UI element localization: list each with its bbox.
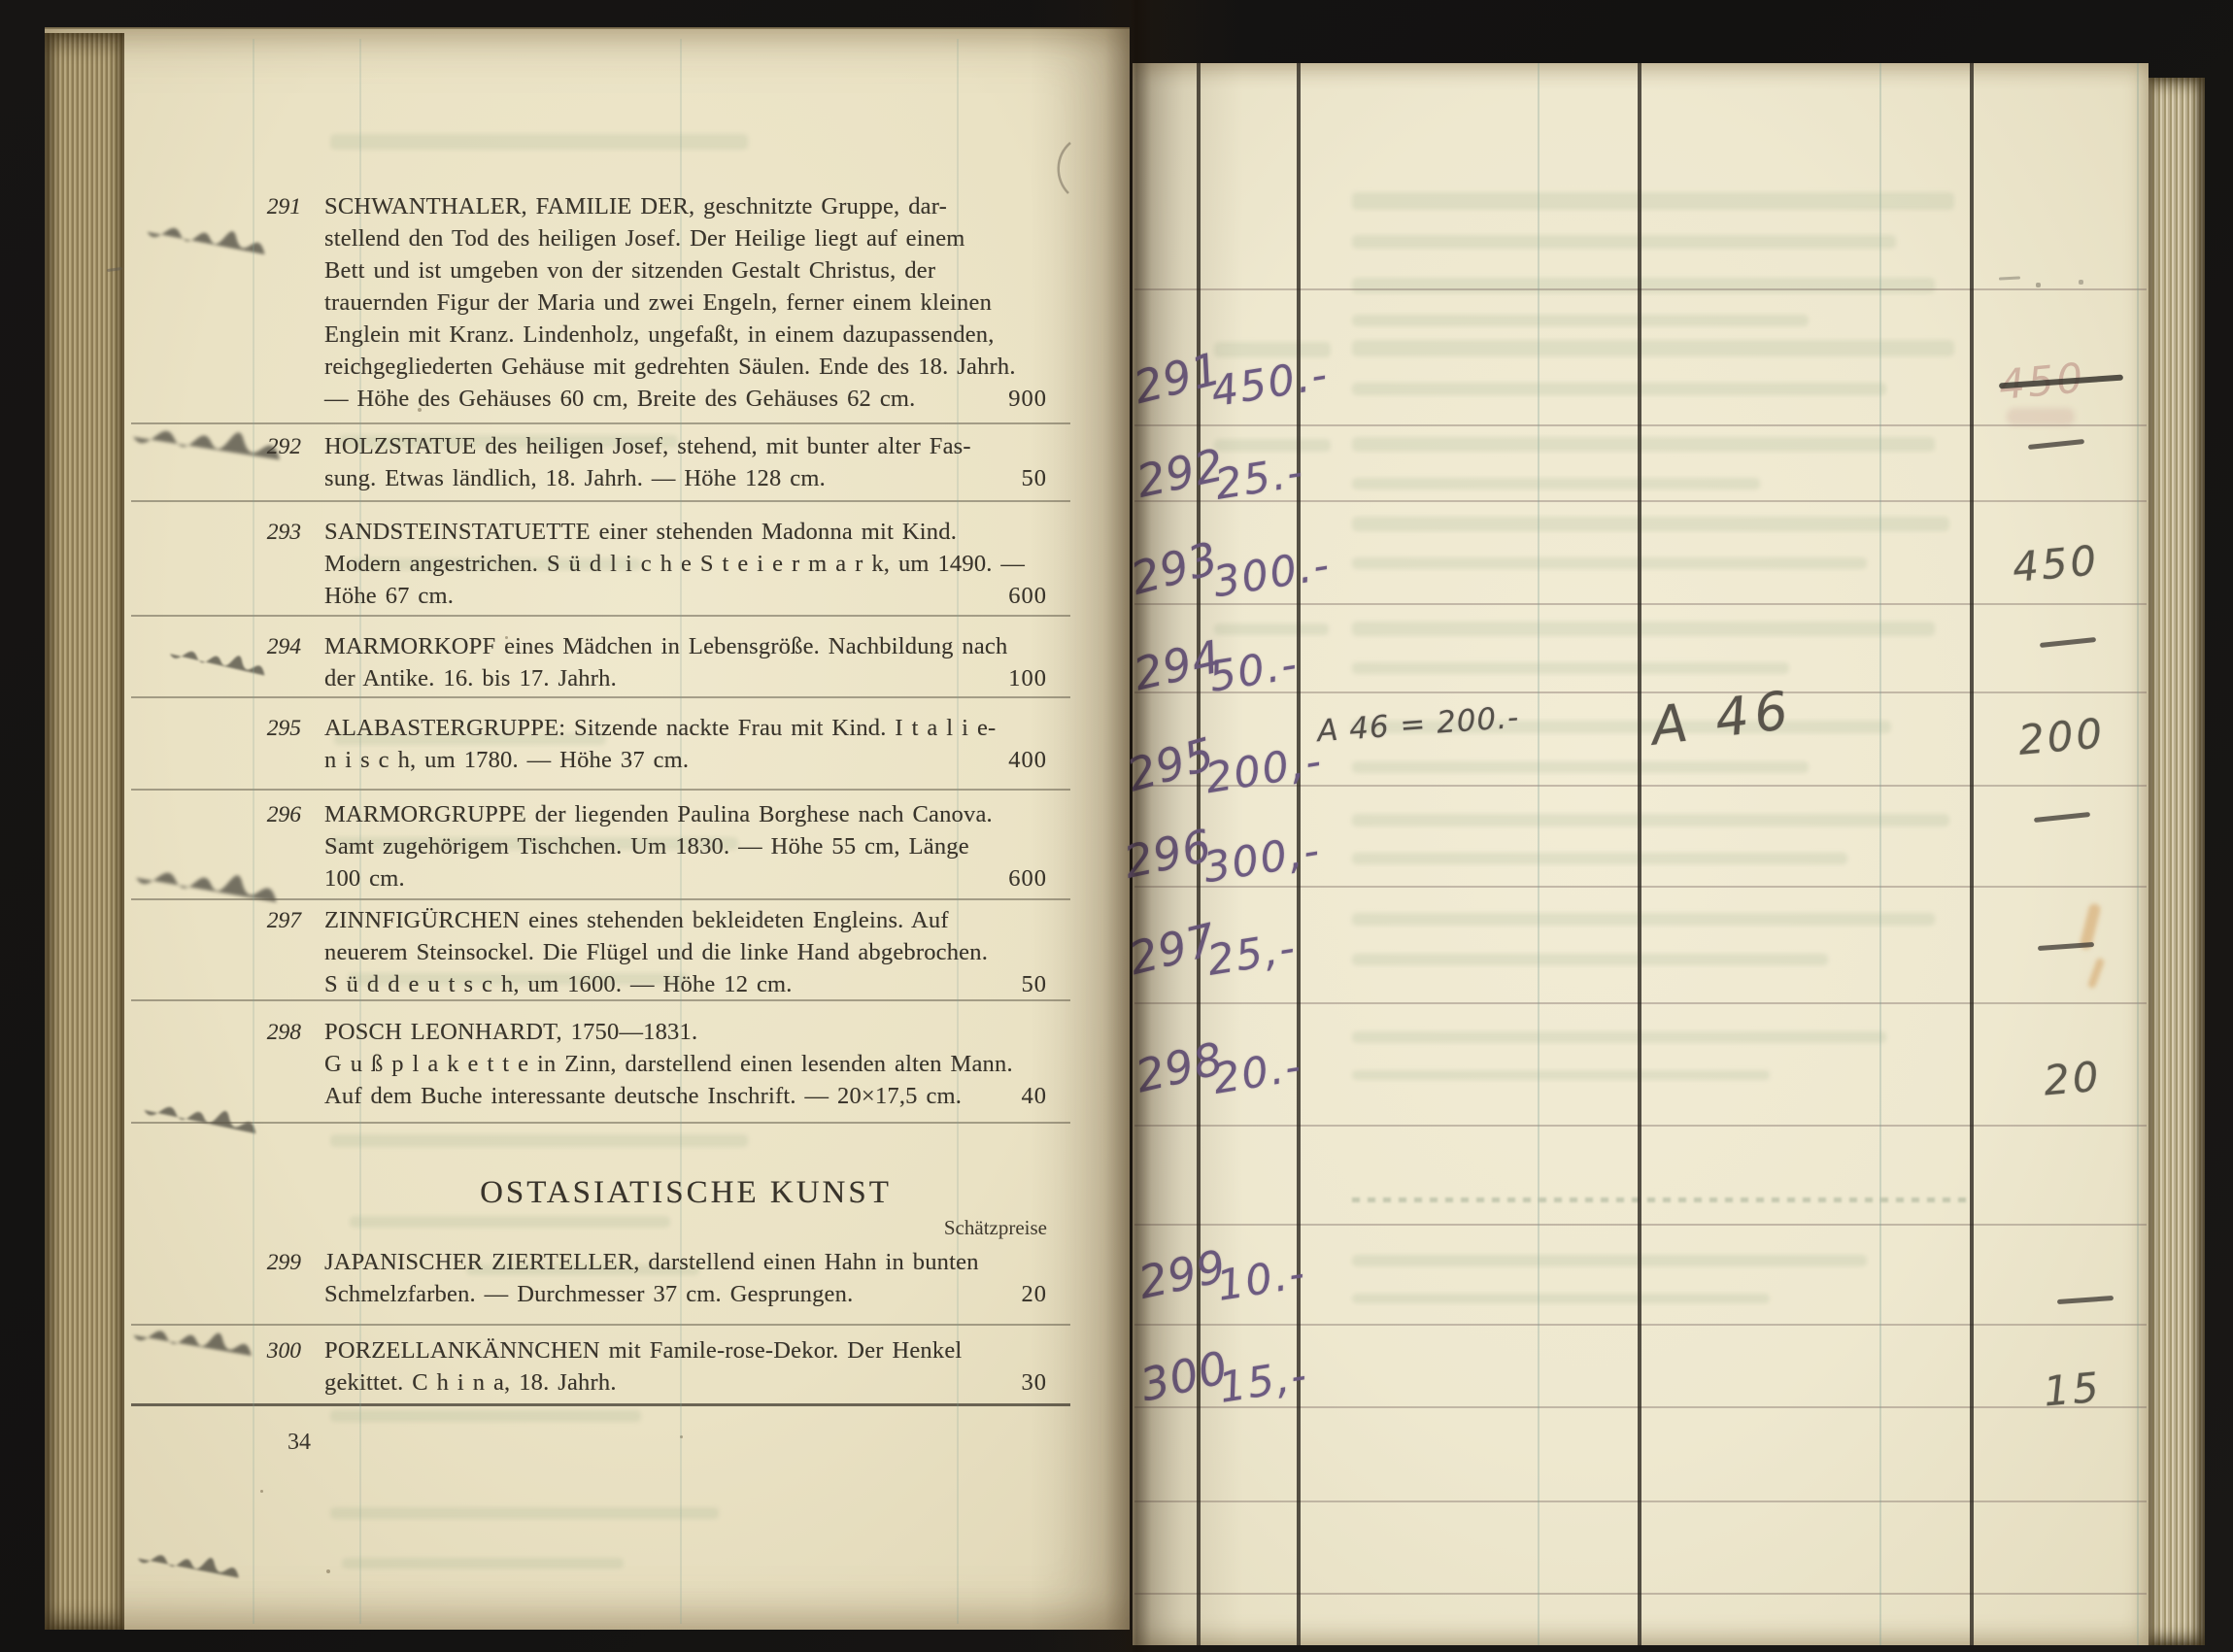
ledger-item-number: 293 bbox=[1126, 531, 1225, 605]
book-scan: 291SCHWANTHALER, FAMILIE DER, geschnitzt… bbox=[0, 0, 2233, 1652]
result-value: 20 bbox=[2042, 1053, 2103, 1105]
result-dash-mark bbox=[2038, 942, 2094, 951]
ledger-price: 50.- bbox=[1206, 640, 1303, 702]
ledger-price: 300,- bbox=[1201, 826, 1325, 893]
ledger-price: 300.- bbox=[1210, 541, 1335, 607]
pen-bracket-mark bbox=[1049, 139, 1078, 197]
result-value: 200 bbox=[2016, 709, 2107, 764]
ledger-price: 10.- bbox=[1214, 1249, 1310, 1311]
result-value: 15 bbox=[2042, 1364, 2103, 1416]
result-value: 450 bbox=[2011, 536, 2101, 591]
ledger-price: 450.- bbox=[1208, 351, 1333, 417]
handwriting-layer: 291450.-45029225.-293300.-45029450.-2952… bbox=[0, 0, 2233, 1652]
result-dash-mark bbox=[2034, 812, 2090, 823]
ledger-price: 25,- bbox=[1204, 924, 1301, 986]
estimate-price-label: Schätzpreise bbox=[324, 1216, 1047, 1240]
result-dash-mark bbox=[2028, 439, 2084, 450]
result-dash-mark bbox=[2057, 1296, 2114, 1304]
page-number: 34 bbox=[288, 1430, 311, 1456]
ledger-price: 20.- bbox=[1210, 1042, 1306, 1104]
result-dash-mark bbox=[2040, 637, 2096, 648]
section-header: OSTASIATISCHE KUNST bbox=[324, 1175, 1047, 1211]
ledger-price: 200,- bbox=[1202, 737, 1327, 803]
ledger-price: 15,- bbox=[1216, 1351, 1312, 1413]
ledger-price: 25.- bbox=[1212, 448, 1308, 510]
